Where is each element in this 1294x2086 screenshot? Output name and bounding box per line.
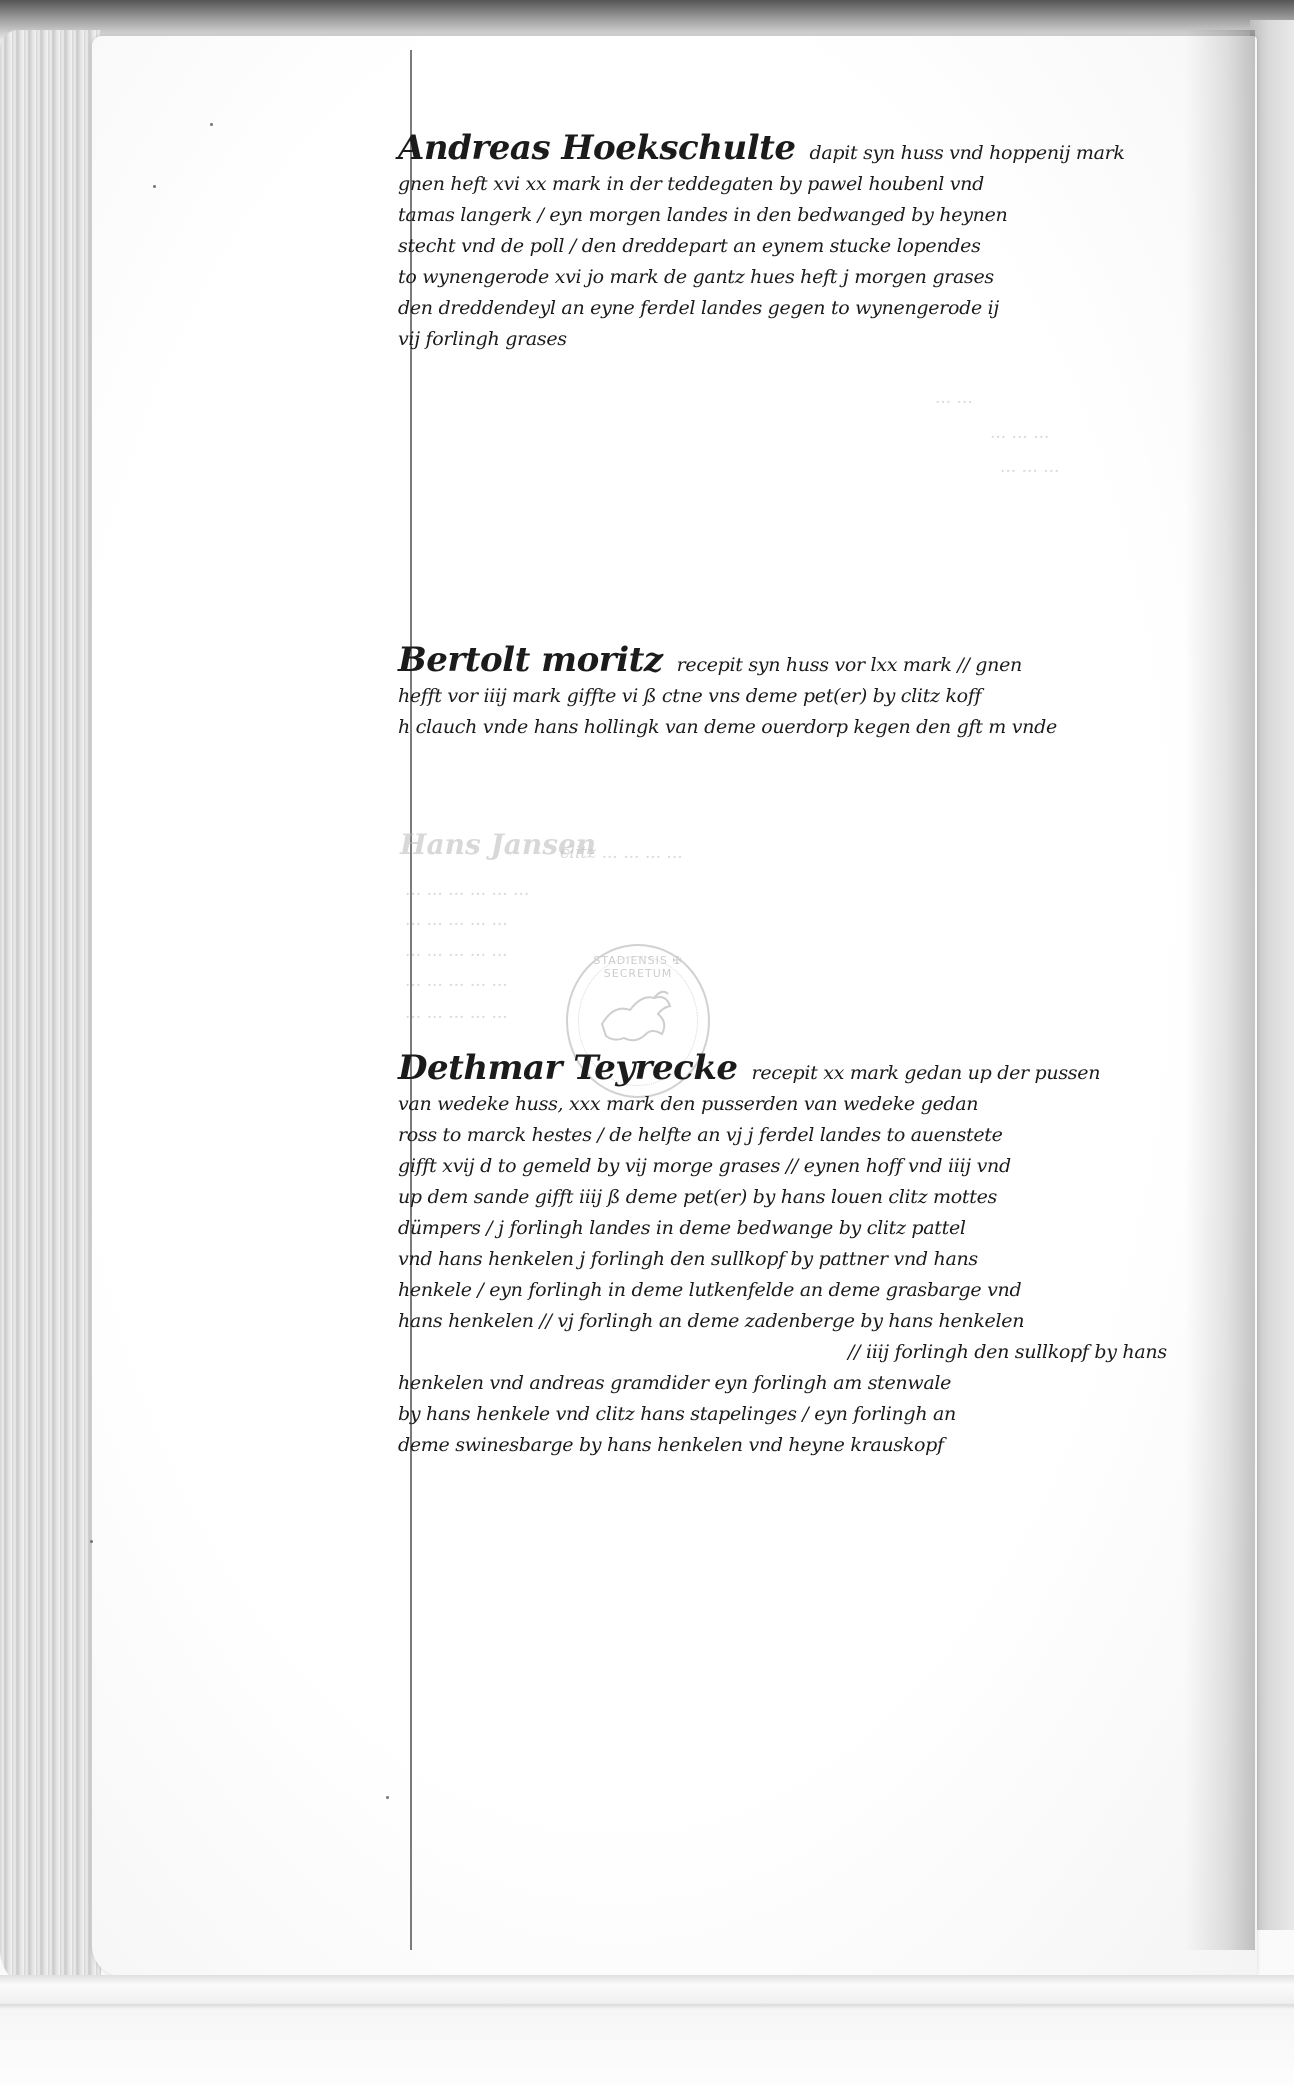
entry-heading: Bertolt moritz bbox=[398, 640, 663, 680]
entry-line: henkelen vnd andreas gramdider eyn forli… bbox=[398, 1368, 1243, 1399]
entry-line: hans henkelen // vj forlingh an deme zad… bbox=[398, 1306, 1243, 1337]
entry-line: recepit xx mark gedan up der pussen bbox=[752, 1058, 1101, 1089]
entry-line: vnd hans henkelen j forlingh den sullkop… bbox=[398, 1244, 1243, 1275]
register-entry-2: Bertolt moritz recepit syn huss vor lxx … bbox=[398, 640, 1243, 743]
ghost-line: ... ... ... ... ... bbox=[405, 936, 508, 966]
stamp-text: STADIENSIS ✠ SECRETUM bbox=[568, 954, 708, 980]
entry-line: van wedeke huss, xxx mark den pusserden … bbox=[398, 1089, 1243, 1120]
entry-line: dapit syn huss vnd hoppenij mark bbox=[809, 138, 1124, 169]
paper-speck bbox=[90, 1540, 93, 1543]
entry-line: ross to marck hestes / de helfte an vj j… bbox=[398, 1120, 1243, 1151]
ghost-line: ... ... ... ... ... bbox=[405, 998, 508, 1028]
entry-line: tamas langerk / eyn morgen landes in den… bbox=[398, 200, 1243, 231]
ghost-line: ... ... bbox=[935, 383, 973, 413]
paper-speck bbox=[210, 123, 213, 126]
entry-line: recepit syn huss vor lxx mark // gnen bbox=[677, 650, 1022, 681]
paper-speck bbox=[153, 185, 156, 188]
ghost-line: clitz ... ... ... ... bbox=[560, 838, 683, 868]
entry-line: stecht vnd de poll / den dreddepart an e… bbox=[398, 231, 1243, 262]
entry-line: den dreddendeyl an eyne ferdel landes ge… bbox=[398, 293, 1243, 324]
stacked-page-edges-left bbox=[0, 30, 101, 1990]
entry-line: by hans henkele vnd clitz hans stapeling… bbox=[398, 1399, 1243, 1430]
entry-line: // iiij forlingh den sullkopf by hans bbox=[398, 1337, 1243, 1368]
entry-line: hefft vor iiij mark giffte vi ß ctne vns… bbox=[398, 681, 1243, 712]
manuscript-scan: ... ... ... ... ... ... ... ... Hans Jan… bbox=[0, 0, 1294, 2086]
entry-line: up dem sande gifft iiij ß deme pet(er) b… bbox=[398, 1182, 1243, 1213]
entry-line: gifft xvij d to gemeld by vij morge gras… bbox=[398, 1151, 1243, 1182]
entry-line: gnen heft xvi xx mark in der teddegaten … bbox=[398, 169, 1243, 200]
entry-line: h clauch vnde hans hollingk van deme oue… bbox=[398, 712, 1243, 743]
paper-speck bbox=[386, 1796, 389, 1799]
lion-emblem-icon bbox=[596, 984, 680, 1054]
ghost-line: ... ... ... ... ... bbox=[405, 905, 508, 935]
ghost-line: ... ... ... ... ... ... bbox=[405, 875, 529, 905]
entry-heading: Andreas Hoekschulte bbox=[398, 128, 795, 168]
entry-line: dümpers / j forlingh landes in deme bedw… bbox=[398, 1213, 1243, 1244]
ghost-line: ... ... ... bbox=[1000, 452, 1059, 482]
entry-line: henkele / eyn forlingh in deme lutkenfel… bbox=[398, 1275, 1243, 1306]
bottom-page-edge bbox=[0, 1975, 1294, 2086]
entry-heading: Dethmar Teyrecke bbox=[398, 1048, 738, 1088]
register-entry-3: Dethmar Teyrecke recepit xx mark gedan u… bbox=[398, 1048, 1243, 1461]
entry-line: to wynengerode xvi jo mark de gantz hues… bbox=[398, 262, 1243, 293]
register-entry-1: Andreas Hoekschulte dapit syn huss vnd h… bbox=[398, 128, 1243, 355]
ghost-line: ... ... ... bbox=[990, 418, 1049, 448]
entry-line: vij forlingh grases bbox=[398, 324, 1243, 355]
entry-line: deme swinesbarge by hans henkelen vnd he… bbox=[398, 1430, 1243, 1461]
ghost-line: ... ... ... ... ... bbox=[405, 966, 508, 996]
